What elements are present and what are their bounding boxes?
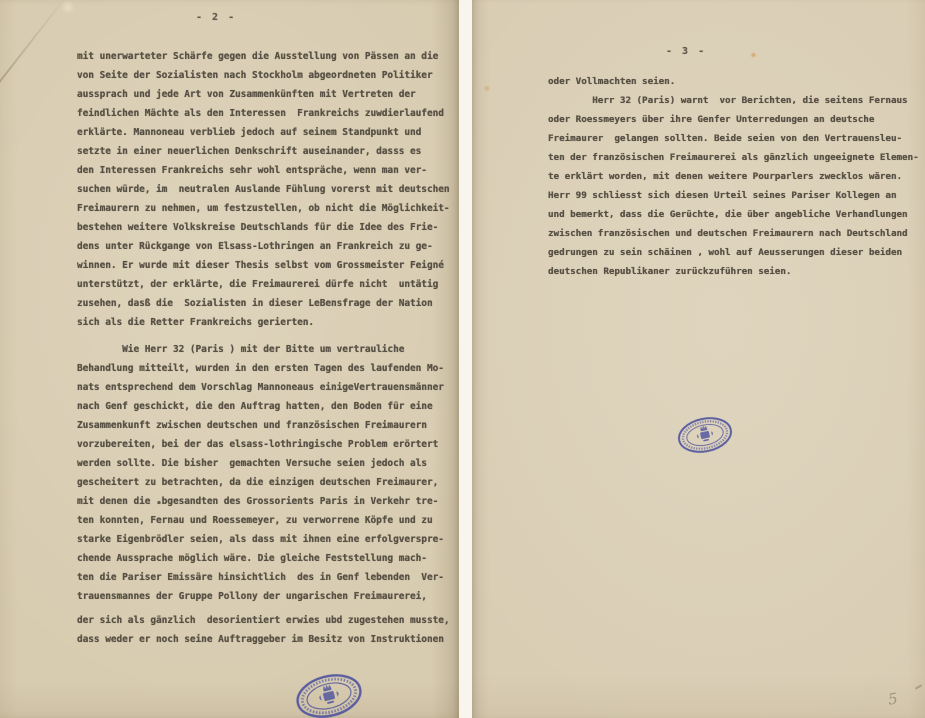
typed-text-line: chende Aussprache möglich wäre. Die glei… — [77, 549, 450, 568]
typed-text-line: werden sollte. Die bisher gemachten Vers… — [77, 454, 450, 473]
typed-text-line: erklärte. Mannoneau verblieb jedoch auf … — [77, 123, 450, 142]
page-number-header-3: - 3 - — [666, 46, 706, 57]
typed-text-line: nats entsprechend dem Vorschlag Mannonea… — [77, 378, 450, 397]
typed-text-block-page-2: mit unerwarteter Schärfe gegen die Ausst… — [77, 47, 450, 649]
typed-text-line: mit unerwarteter Schärfe gegen die Ausst… — [77, 47, 450, 66]
typed-text-line: nach Genf geschickt, die den Auftrag hat… — [77, 397, 450, 416]
typed-text-line: winnen. Er wurde mit dieser Thesis selbs… — [77, 256, 450, 275]
typed-text-line: der sich als gänzlich desorientiert erwi… — [77, 611, 450, 630]
paper-crease — [0, 0, 68, 83]
paper-mark — [60, 0, 76, 14]
typed-text-line: ten der französischen Freimaurerei als g… — [548, 148, 919, 167]
page-number-header-2: - 2 - — [196, 12, 236, 23]
typed-text-line: und bemerkt, dass die Gerüchte, die über… — [548, 205, 919, 224]
typed-text-line: deutschen Republikaner zurückzuführen se… — [548, 262, 919, 281]
typed-text-line: ten die Pariser Emissäre hinsichtlich de… — [77, 568, 450, 587]
typed-text-line: suchen würde, im neutralen Auslande Fühl… — [77, 180, 450, 199]
typed-text-line: oder Roessmeyers über ihre Genfer Unterr… — [548, 110, 919, 129]
typed-text-line: von Seite der Sozialisten nach Stockholm… — [77, 66, 450, 85]
typed-text-block-page-3: oder Vollmachten seien. Herr 32 (Paris) … — [548, 72, 919, 281]
typed-text-line: gescheitert zu betrachten, da die einzig… — [77, 473, 450, 492]
typed-text-line: zwischen französischen und deutschen Fre… — [548, 224, 919, 243]
scanned-document: - 2 - mit unerwarteter Schärfe gegen die… — [0, 0, 925, 718]
typed-text-line: aussprach und jede Art von Zusammenkünft… — [77, 85, 450, 104]
typed-text-line: Freimaurer gelangen sollten. Beide seien… — [548, 129, 919, 148]
typed-text-line: den Interessen Frankreichs sehr wohl ent… — [77, 161, 450, 180]
typed-text-line: setzte in einer neuerlichen Denkschrift … — [77, 142, 450, 161]
typed-text-line: unterstützt, der erklärte, die Freimaure… — [77, 275, 450, 294]
typed-text-line: dens unter Rückgange von Elsass-Lothring… — [77, 237, 450, 256]
typed-text-line: vorzubereiten, bei der das elsass-lothri… — [77, 435, 450, 454]
typed-text-line: Zusammenkunft zwischen deutschen und fra… — [77, 416, 450, 435]
typed-text-line: Wie Herr 32 (Paris ) mit der Bitte um ve… — [77, 340, 450, 359]
typed-text-line: trauensmannes der Gruppe Pollony der ung… — [77, 587, 450, 606]
typed-text-line: ten konnten, Fernau und Roessemeyer, zu … — [77, 511, 450, 530]
typed-text-line: mit denen die ₐbgesandten des Grossorien… — [77, 492, 450, 511]
typed-text-line: Herr 32 (Paris) warnt vor Berichten, die… — [548, 91, 919, 110]
typed-text-line: te erklärt worden, mit denen weitere Pou… — [548, 167, 919, 186]
typed-text-line: oder Vollmachten seien. — [548, 72, 919, 91]
typed-text-line: Behandlung mitteilt, wurden in den erste… — [77, 359, 450, 378]
typed-text-line: dass weder er noch seine Auftraggeber im… — [77, 630, 450, 649]
typed-text-line: starke Eigenbrödler seien, als dass mit … — [77, 530, 450, 549]
typed-text-line: feindlichen Mächte als den Interessen Fr… — [77, 104, 450, 123]
typed-text-line: gedrungen zu sein schäinen , wohl auf Ae… — [548, 243, 919, 262]
typed-text-line: Herr 99 schliesst sich diesen Urteil sei… — [548, 186, 919, 205]
typed-text-line: zusehen, dasß die Sozialisten in dieser … — [77, 294, 450, 313]
typed-text-line: sich als die Retter Frankreichs gerierte… — [77, 313, 450, 332]
typed-text-line: Freimaurern zu nehmen, um festzustellen,… — [77, 199, 450, 218]
typed-text-line: bestehen weitere Volkskreise Deutschland… — [77, 218, 450, 237]
